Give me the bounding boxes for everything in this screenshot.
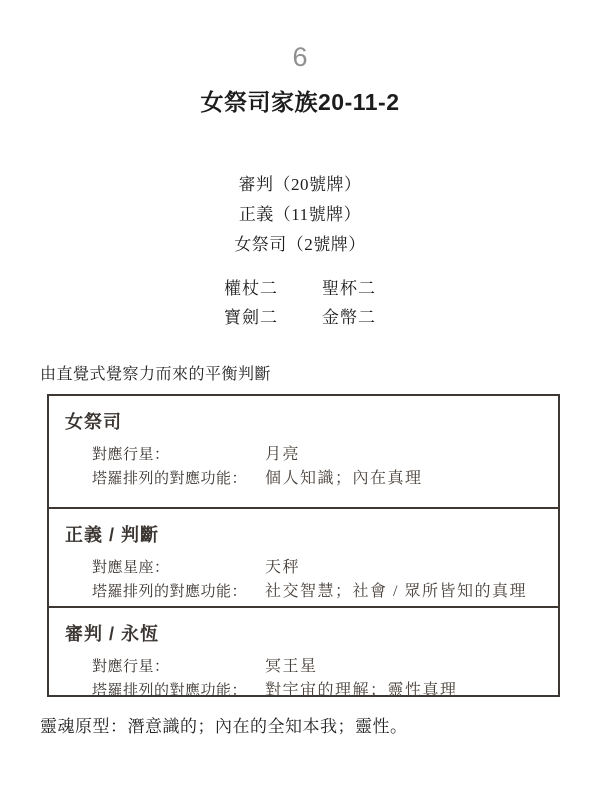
major-card-line: 正義（11號牌） bbox=[0, 200, 600, 230]
minor-card: 聖杯二 bbox=[322, 274, 376, 303]
table-row: 對應行星： 月亮 bbox=[49, 443, 558, 467]
table-section-high-priestess: 女祭司 對應行星： 月亮 塔羅排列的對應功能： 個人知識；內在真理 bbox=[49, 408, 558, 507]
page-number: 6 bbox=[0, 42, 600, 73]
soul-archetype-line: 靈魂原型：潛意識的；內在的全知本我；靈性。 bbox=[40, 712, 408, 737]
minor-card: 金幣二 bbox=[322, 303, 376, 332]
attribute-value: 冥王星 bbox=[265, 655, 318, 679]
table-row: 塔羅排列的對應功能： 對宇宙的理解；靈性真理 bbox=[49, 679, 558, 703]
attribute-value: 天秤 bbox=[265, 556, 300, 580]
table-section-judgement: 審判 / 永恆 對應行星： 冥王星 塔羅排列的對應功能： 對宇宙的理解；靈性真理 bbox=[49, 606, 558, 705]
section-rows: 對應行星： 冥王星 塔羅排列的對應功能： 對宇宙的理解；靈性真理 bbox=[49, 655, 558, 703]
minor-card-row: 寶劍二 金幣二 bbox=[224, 303, 376, 332]
page-title: 女祭司家族20-11-2 bbox=[0, 84, 600, 117]
table-section-justice: 正義 / 判斷 對應星座： 天秤 塔羅排列的對應功能： 社交智慧；社會 / 眾所… bbox=[49, 507, 558, 606]
attribute-value: 個人知識；內在真理 bbox=[265, 467, 423, 491]
section-heading: 審判 / 永恆 bbox=[65, 620, 558, 646]
attribute-label: 塔羅排列的對應功能： bbox=[92, 679, 265, 703]
table-row: 對應行星： 冥王星 bbox=[49, 655, 558, 679]
table-row: 塔羅排列的對應功能： 個人知識；內在真理 bbox=[49, 467, 558, 491]
major-card-line: 審判（20號牌） bbox=[0, 170, 600, 200]
section-heading: 女祭司 bbox=[65, 408, 558, 434]
section-rows: 對應行星： 月亮 塔羅排列的對應功能： 個人知識；內在真理 bbox=[49, 443, 558, 491]
page-title-text: 女祭司家族 bbox=[200, 90, 318, 115]
attribute-label: 塔羅排列的對應功能： bbox=[92, 467, 265, 491]
minor-card: 寶劍二 bbox=[224, 303, 278, 332]
minor-card-grid: 權杖二 聖杯二 寶劍二 金幣二 bbox=[0, 274, 600, 332]
section-rows: 對應星座： 天秤 塔羅排列的對應功能： 社交智慧；社會 / 眾所皆知的真理 bbox=[49, 556, 558, 604]
page-title-code: 20-11-2 bbox=[318, 89, 400, 115]
attribute-value: 社交智慧；社會 / 眾所皆知的真理 bbox=[265, 580, 527, 604]
attribute-label: 對應行星： bbox=[92, 655, 265, 679]
table-row: 對應星座： 天秤 bbox=[49, 556, 558, 580]
correspondence-table: 女祭司 對應行星： 月亮 塔羅排列的對應功能： 個人知識；內在真理 正義 / 判… bbox=[47, 394, 560, 697]
attribute-value: 月亮 bbox=[265, 443, 300, 467]
attribute-label: 塔羅排列的對應功能： bbox=[92, 580, 265, 604]
table-row: 塔羅排列的對應功能： 社交智慧；社會 / 眾所皆知的真理 bbox=[49, 580, 558, 604]
major-card-list: 審判（20號牌） 正義（11號牌） 女祭司（2號牌） bbox=[0, 170, 600, 260]
intro-line: 由直覺式覺察力而來的平衡判斷 bbox=[40, 361, 271, 384]
attribute-label: 對應星座： bbox=[92, 556, 265, 580]
minor-card-row: 權杖二 聖杯二 bbox=[224, 274, 376, 303]
attribute-label: 對應行星： bbox=[92, 443, 265, 467]
attribute-value: 對宇宙的理解；靈性真理 bbox=[265, 679, 458, 703]
section-heading: 正義 / 判斷 bbox=[65, 521, 558, 547]
minor-card: 權杖二 bbox=[224, 274, 278, 303]
major-card-line: 女祭司（2號牌） bbox=[0, 230, 600, 260]
